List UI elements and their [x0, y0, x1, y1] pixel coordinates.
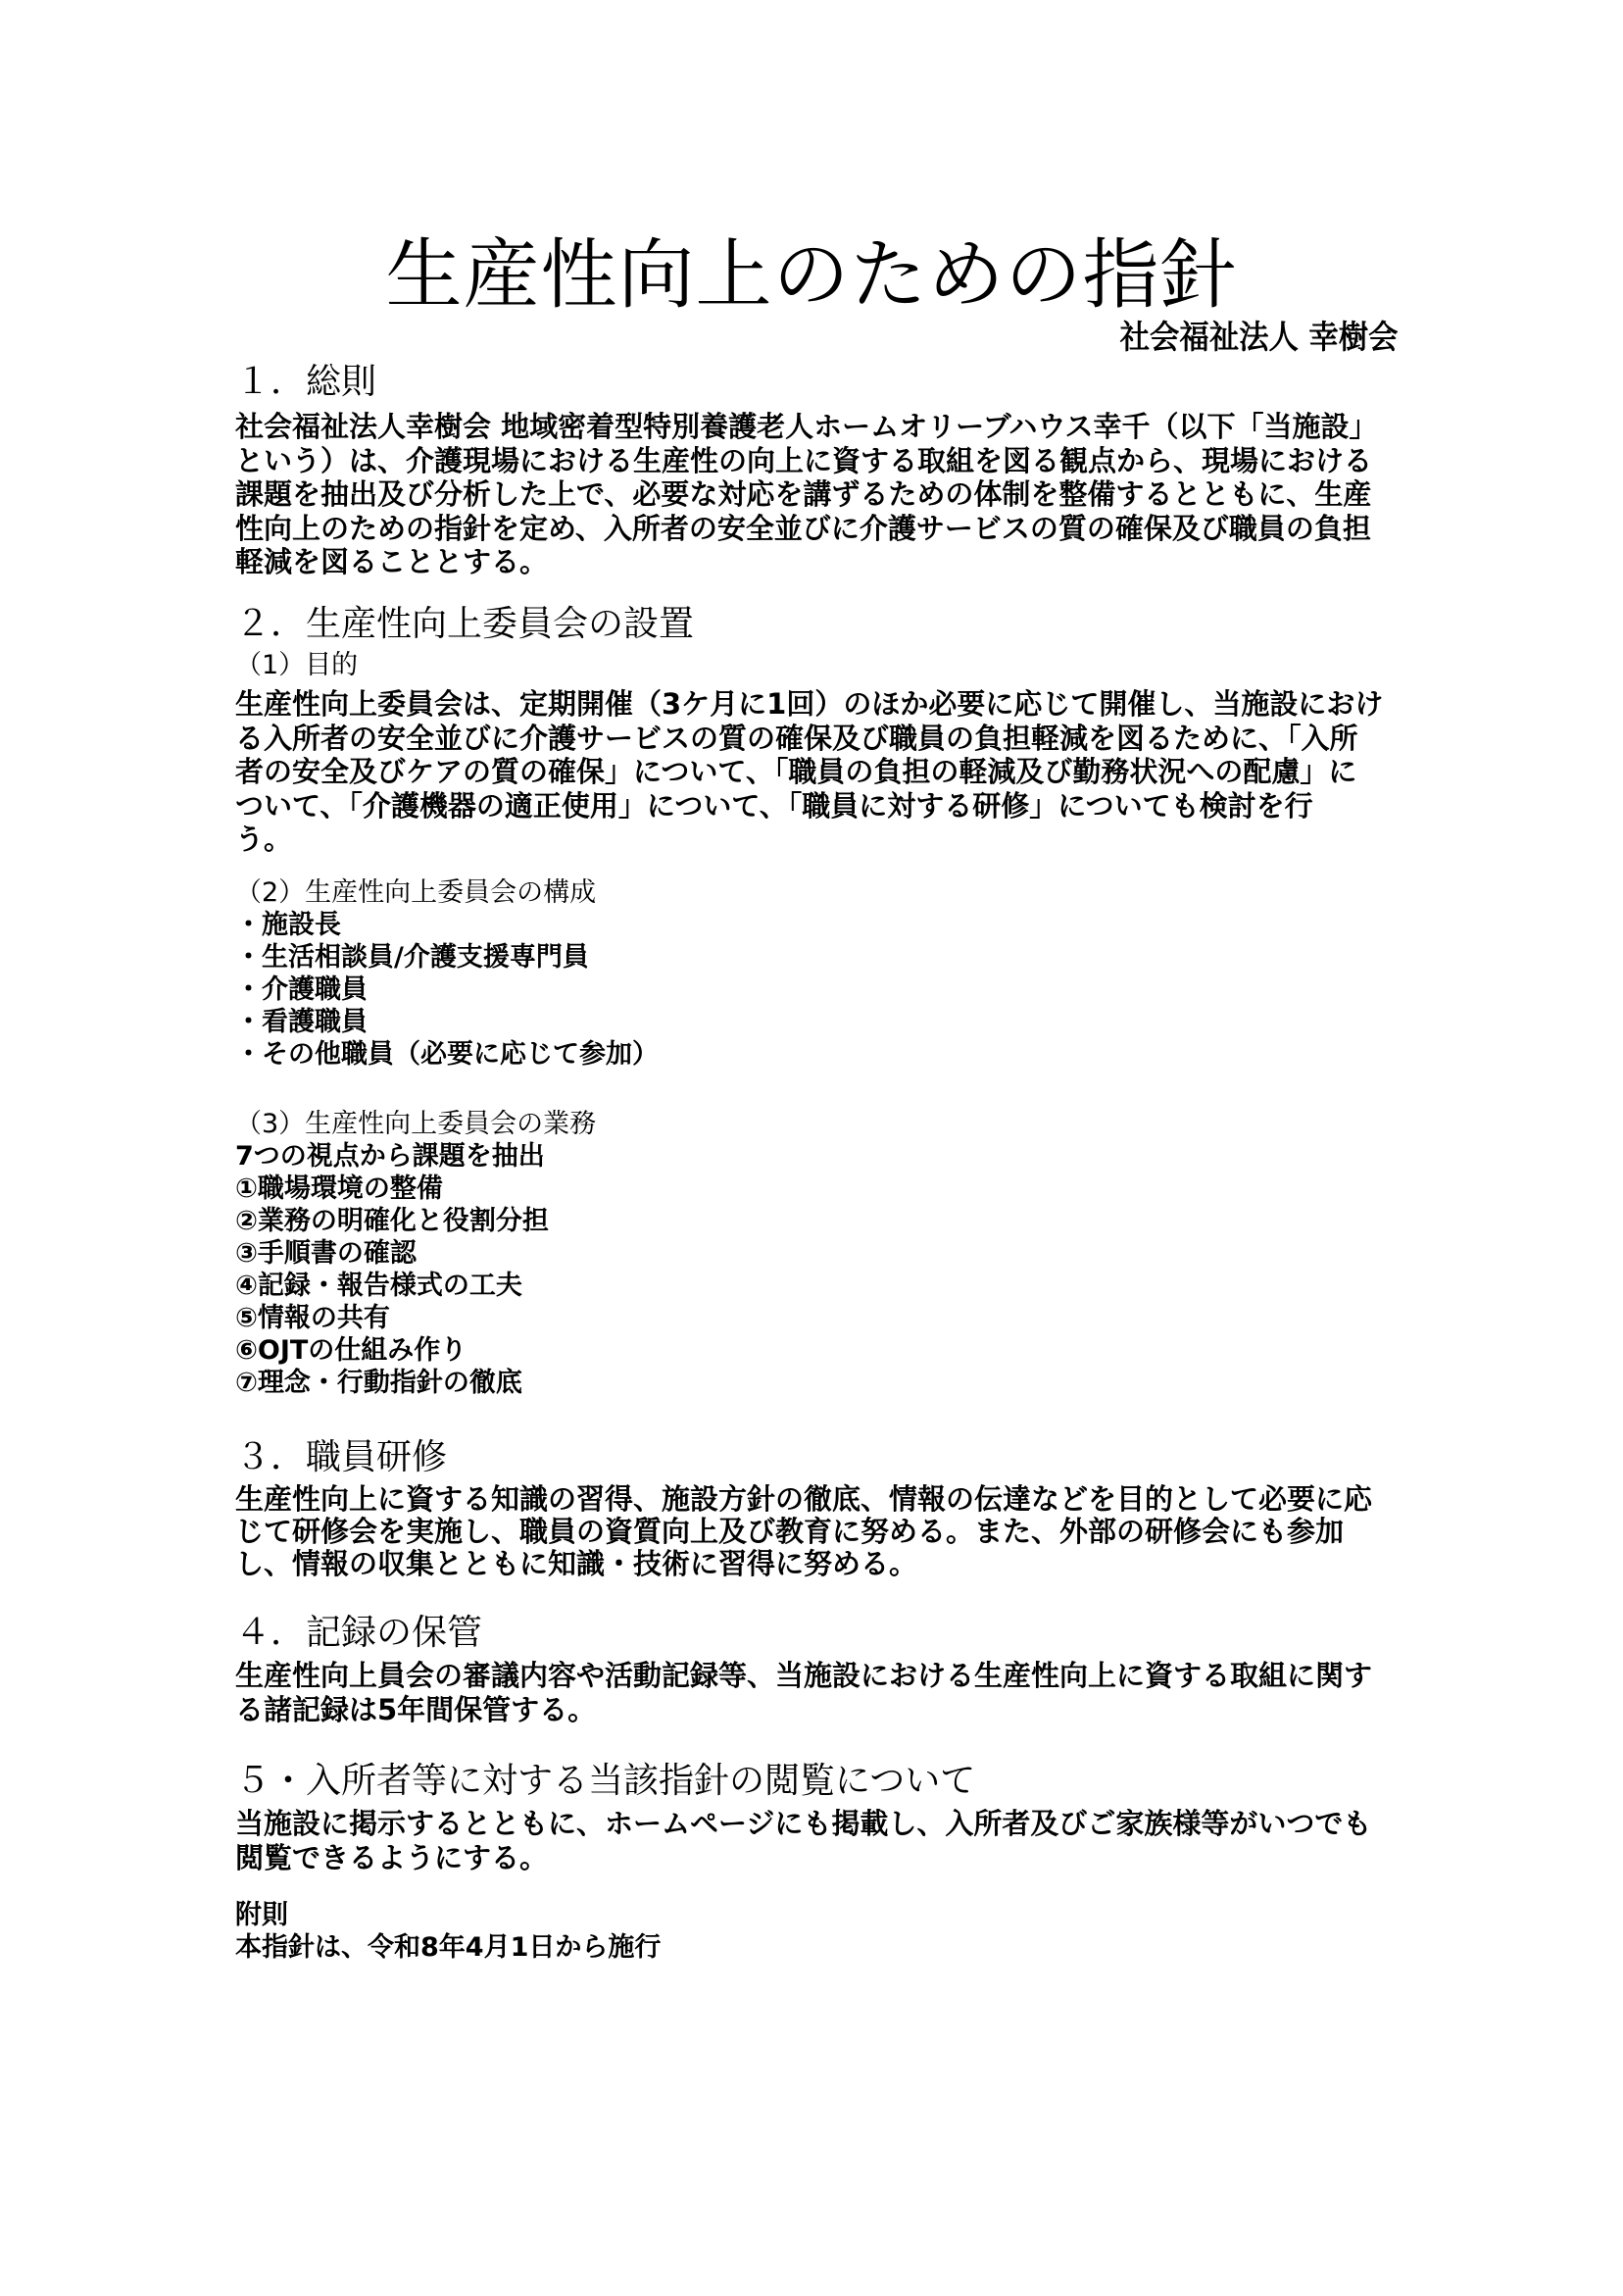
- duty-item: ③手順書の確認: [235, 1237, 1392, 1270]
- member-list: ・施設長 ・生活相談員/介護支援専門員 ・介護職員 ・看護職員 ・その他職員（必…: [235, 909, 1392, 1071]
- subsection-heading-duties: （3）生産性向上委員会の業務: [235, 1109, 1392, 1140]
- section-heading: ５・入所者等に対する当該指針の閲覧について: [235, 1762, 1392, 1801]
- body-line: 当施設に掲示するとともに、ホームページにも掲載し、入所者及びご家族様等がいつでも: [235, 1807, 1392, 1841]
- section-records: ４．記録の保管 生産性向上員会の審議内容や活動記録等、当施設における生産性向上に…: [235, 1614, 1392, 1726]
- body-line: 軽減を図ることとする。: [235, 545, 1392, 579]
- supplementary-provisions: 附則 本指針は、令和8年4月1日から施行: [235, 1899, 1392, 1964]
- body-line: ついて、「介護機器の適正使用」について、「職員に対する研修」についても検討を行: [235, 789, 1392, 824]
- body-line: 生産性向上委員会は、定期開催（3ケ月に1回）のほか必要に応じて開催し、当施設にお…: [235, 687, 1392, 722]
- duty-item: ①職場環境の整備: [235, 1173, 1392, 1205]
- organization-name: 社会福祉法人 幸樹会: [1119, 316, 1398, 359]
- body-line: 閲覧できるようにする。: [235, 1841, 1392, 1875]
- section-body: 当施設に掲示するとともに、ホームページにも掲載し、入所者及びご家族様等がいつでも…: [235, 1807, 1392, 1874]
- duties-list: ①職場環境の整備 ②業務の明確化と役割分担 ③手順書の確認 ④記録・報告様式の工…: [235, 1173, 1392, 1399]
- supplementary-text: 本指針は、令和8年4月1日から施行: [235, 1931, 1392, 1964]
- member-item: ・その他職員（必要に応じて参加）: [235, 1038, 1392, 1071]
- member-item: ・介護職員: [235, 973, 1392, 1006]
- duty-item: ②業務の明確化と役割分担: [235, 1205, 1392, 1237]
- body-line: 性向上のための指針を定め、入所者の安全並びに介護サービスの質の確保及び職員の負担: [235, 512, 1392, 546]
- body-line: 社会福祉法人幸樹会 地域密着型特別養護老人ホームオリーブハウス幸千（以下「当施設…: [235, 410, 1392, 444]
- section-heading: １．総則: [235, 363, 1392, 402]
- duties-intro: 7つの視点から課題を抽出: [235, 1140, 1392, 1173]
- body-line: じて研修会を実施し、職員の資質向上及び教育に努める。また、外部の研修会にも参加: [235, 1516, 1392, 1548]
- subsection-duties: （3）生産性向上委員会の業務 7つの視点から課題を抽出 ①職場環境の整備 ②業務…: [235, 1109, 1392, 1399]
- duty-item: ④記録・報告様式の工夫: [235, 1270, 1392, 1302]
- member-item: ・看護職員: [235, 1006, 1392, 1038]
- section-general: １．総則 社会福祉法人幸樹会 地域密着型特別養護老人ホームオリーブハウス幸千（以…: [235, 363, 1392, 579]
- body-line: る入所者の安全並びに介護サービスの質の確保及び職員の負担軽減を図るために、「入所: [235, 722, 1392, 756]
- body-line: る諸記録は5年間保管する。: [235, 1693, 1392, 1727]
- subsection-heading-composition: （2）生産性向上委員会の構成: [235, 877, 1392, 909]
- document-title: 生産性向上のための指針: [0, 231, 1623, 320]
- section-heading: ４．記録の保管: [235, 1614, 1392, 1653]
- section-body: 生産性向上員会の審議内容や活動記録等、当施設における生産性向上に資する取組に関す…: [235, 1659, 1392, 1726]
- duty-item: ⑥OJTの仕組み作り: [235, 1334, 1392, 1367]
- section-heading: ２．生産性向上委員会の設置: [235, 605, 1392, 644]
- section-body: 生産性向上に資する知識の習得、施設方針の徹底、情報の伝達などを目的として必要に応…: [235, 1483, 1392, 1580]
- subsection-heading-purpose: （1）目的: [235, 650, 1392, 681]
- section-committee: ２．生産性向上委員会の設置 （1）目的 生産性向上委員会は、定期開催（3ケ月に1…: [235, 605, 1392, 857]
- supplementary-heading: 附則: [235, 1899, 1392, 1931]
- section-body: 社会福祉法人幸樹会 地域密着型特別養護老人ホームオリーブハウス幸千（以下「当施設…: [235, 410, 1392, 579]
- subsection-composition: （2）生産性向上委員会の構成 ・施設長 ・生活相談員/介護支援専門員 ・介護職員…: [235, 877, 1392, 1071]
- document-page: 生産性向上のための指針 社会福祉法人 幸樹会 １．総則 社会福祉法人幸樹会 地域…: [0, 0, 1623, 2296]
- member-item: ・生活相談員/介護支援専門員: [235, 941, 1392, 973]
- body-line: う。: [235, 823, 1392, 857]
- member-item: ・施設長: [235, 909, 1392, 941]
- body-line: し、情報の収集とともに知識・技術に習得に努める。: [235, 1548, 1392, 1580]
- body-line: 生産性向上に資する知識の習得、施設方針の徹底、情報の伝達などを目的として必要に応: [235, 1483, 1392, 1516]
- body-line: という）は、介護現場における生産性の向上に資する取組を図る観点から、現場における: [235, 444, 1392, 478]
- section-heading: ３．職員研修: [235, 1438, 1392, 1477]
- body-line: 生産性向上員会の審議内容や活動記録等、当施設における生産性向上に資する取組に関す: [235, 1659, 1392, 1693]
- duty-item: ⑦理念・行動指針の徹底: [235, 1367, 1392, 1399]
- body-line: 課題を抽出及び分析した上で、必要な対応を講ずるための体制を整備するとともに、生産: [235, 477, 1392, 512]
- body-line: 者の安全及びケアの質の確保」について、「職員の負担の軽減及び勤務状況への配慮」に: [235, 755, 1392, 789]
- subsection-body-purpose: 生産性向上委員会は、定期開催（3ケ月に1回）のほか必要に応じて開催し、当施設にお…: [235, 687, 1392, 857]
- duty-item: ⑤情報の共有: [235, 1302, 1392, 1334]
- document-title-text: 生産性向上のための指針: [385, 231, 1237, 320]
- section-viewing: ５・入所者等に対する当該指針の閲覧について 当施設に掲示するとともに、ホームペー…: [235, 1762, 1392, 1874]
- section-training: ３．職員研修 生産性向上に資する知識の習得、施設方針の徹底、情報の伝達などを目的…: [235, 1438, 1392, 1580]
